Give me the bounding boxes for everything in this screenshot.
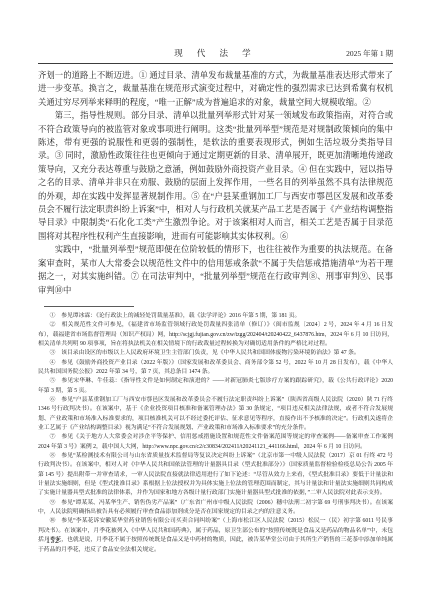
footnote-item: ⑧ 参见“某检测技术有限公司与山东省质量技术监督局等复议决定纠纷上诉案”（北京市… [38,452,393,499]
footnote-item: ④ 参见《鼓励外商投资产业目录（2022 年版）》（国家发展和改革委员会、商务部… [38,359,393,378]
footnote-item: ⑩ 参见“李某花诉安徽某华堂药业销售有限公司买卖合同纠纷案”（上海市松江区人民法… [38,517,393,554]
footnotes-section: ① 参见谭冰霖：《论行政法上的减轻处罚裁量基准》，载《法学评论》2016 年第 … [38,312,393,555]
footnote-item: ⑥ 参见“户县某重钢加工厂与西安市鄠邑区发展和改革委员会不履行法定职责纠纷上诉案… [38,396,393,433]
body-text: 齐划一的道路上不断迈进。① 通过目录、清单发布裁量基准的方式，为裁量基准表达形式… [38,69,393,297]
header-rule [38,63,393,64]
footnote-item: ⑨ 参见“谭某某、冯某华生产、销售伪劣产品案”（广东省广州市中级人民法院（200… [38,499,393,518]
issue-label: 2025 年第 1 期 [257,48,393,59]
page-number: 152 [46,536,60,545]
footnote-item: ⑤ 参见宋华琳、牛佳蕊：《指导性文件是如何制定和演进的？——对新冠肺炎七版诊疗方… [38,377,393,396]
journal-title: 现 代 法 学 [174,47,256,59]
journal-page: 现 代 法 学 2025 年第 1 期 齐划一的道路上不断迈进。① 通过目录、清… [0,0,427,603]
body-paragraph-3: 实践中，“批量列举型”规范即便在位阶较低的情形下，也往往被作为重要的执法规范。在… [38,243,393,297]
footnote-item: ② 相关规范性文件可参见，《福建省市场监管领域行政处罚裁量四张清单（修订）》（闽… [38,321,393,349]
footnote-item: ③ 该目录由设区的市级以上人民政府环境卫生主管部门负责，见《中华人民共和国固体废… [38,349,393,358]
footnote-divider [44,306,134,307]
page-header: 现 代 法 学 2025 年第 1 期 [38,47,393,59]
footnote-item: ⑦ 参见《关于地方人大常委会对涉企平等保护、信用惩戒措施设置和规范性文件备案范围… [38,433,393,452]
body-paragraph-1: 齐划一的道路上不断迈进。① 通过目录、清单发布裁量基准的方式，为裁量基准表达形式… [38,69,393,109]
body-paragraph-2: 第三，指导性规则。部分目录、清单以批量列举形式针对某一领域发布政策指南，对符合或… [38,109,393,243]
page-content: 现 代 法 学 2025 年第 1 期 齐划一的道路上不断迈进。① 通过目录、清… [38,0,393,555]
footnote-item: ① 参见谭冰霖：《论行政法上的减轻处罚裁量基准》，载《法学评论》2016 年第 … [38,312,393,321]
